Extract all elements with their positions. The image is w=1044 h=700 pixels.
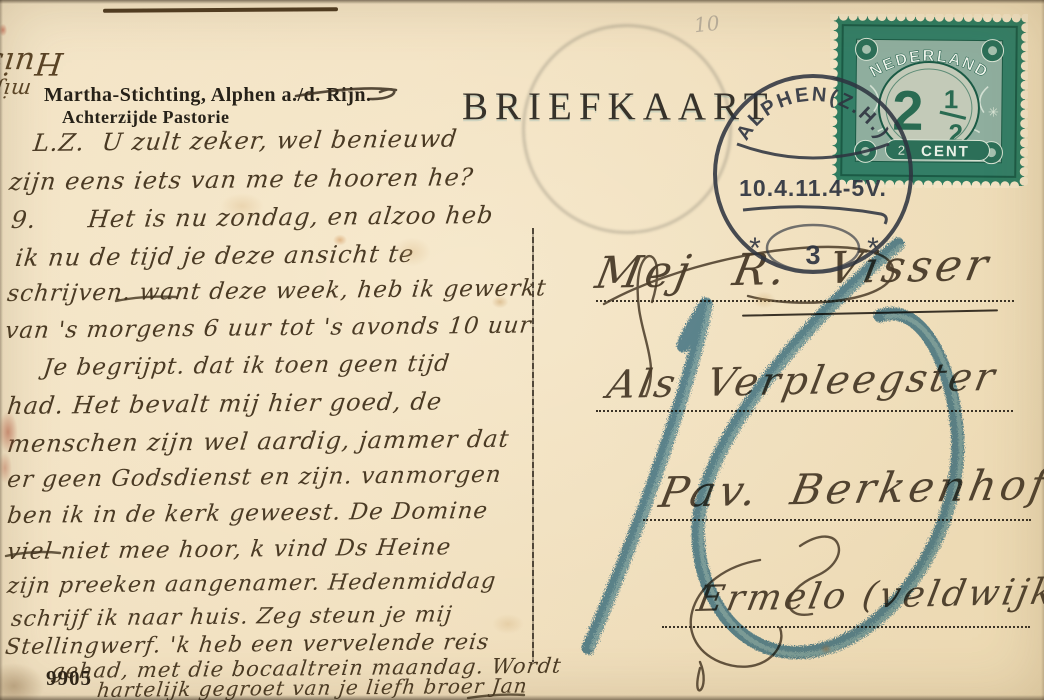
message-line: viel niet mee hoor, k vind Ds Heine (6, 536, 452, 564)
stamp-value-integer: 2 (892, 79, 924, 142)
address-rule-1 (596, 300, 1014, 302)
message-line: schrijven. want deze week, heb ik gewerk… (6, 277, 548, 306)
message-line: ben ik in de kerk geweest. De Domine (6, 500, 489, 528)
message-line: L.Z. U zult zeker, wel benieuwd (32, 127, 459, 155)
address-line-role: Als Verpleegster (604, 358, 1000, 405)
message-line: schrijf ik naar huis. Zeg steun je mij (10, 604, 454, 631)
address-line-pavilion: Pav. Berkenhof (656, 464, 1044, 514)
postcard-back: 10 Huiskamer. mijn adres Ch. Jongens Col… (0, 0, 1044, 700)
message-line: zijn preeken aangenamer. Hedenmiddag (6, 571, 497, 598)
message-line: hartelijk gegroet van je liefh broer Jan (96, 675, 529, 700)
stamp-star-ornament: ✳ (988, 105, 999, 120)
address-rule-2 (596, 410, 1013, 412)
message-line: ik nu de tijd je deze ansicht te (14, 242, 416, 270)
message-line: van 's morgens 6 uur tot 's avonds 10 uu… (4, 314, 533, 343)
stamp-small-value: 2 (898, 143, 905, 158)
address-rule-3 (643, 519, 1031, 521)
message-line: had. Het bevalt mij hier goed, de (6, 389, 444, 418)
stamp-fraction-numerator: 1 (944, 84, 959, 114)
address-line-name: Mej R. Visser (592, 244, 995, 296)
pencil-note: 10 (693, 11, 721, 38)
serial-number: 9905 (46, 666, 92, 691)
postage-stamp: NEDERLAND 2 1 2 ✳ 2 CENT (830, 14, 1028, 188)
message-line: zijn eens iets van me te hooren he? (8, 165, 475, 194)
address-rule-4 (662, 626, 1030, 628)
message-line: menschen zijn wel aardig, jammer dat (6, 427, 511, 456)
ghost-postmark-circle (522, 24, 732, 234)
message-line: Je begrijpt. dat ik toen geen tijd (42, 353, 451, 380)
message-line: 9. Het is nu zondag, en alzoo heb (10, 203, 495, 232)
message-line: er geen Godsdienst en zijn. vanmorgen (6, 464, 503, 492)
address-underline (742, 309, 998, 316)
message-handwriting: L.Z. U zult zeker, wel benieuwd zijn een… (4, 0, 544, 700)
stamp-denomination: CENT (921, 143, 970, 161)
address-line-town: Ermelo (veldwijk) (694, 574, 1044, 618)
